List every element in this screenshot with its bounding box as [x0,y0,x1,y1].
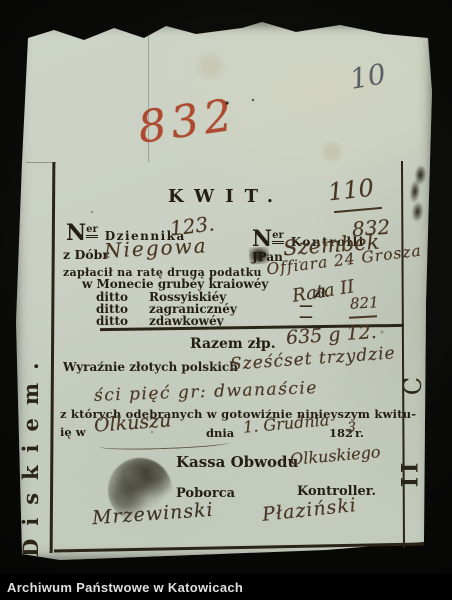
receipt-number-handwritten: 110 [327,174,375,207]
amount-note-handwritten: 821 [350,293,380,312]
place-prefix: ię w [60,425,86,439]
journal-n: N [66,220,86,246]
currency-row-label: w Monecie grubéy kraiowéy [82,277,268,291]
receipt-title: KWIT. [168,186,284,207]
amount-dash: — [299,309,313,325]
currency-row-label: ditto [96,314,128,328]
year-suffix: r. [355,426,364,440]
estate-label: z Dóbr [63,247,109,262]
journal-sup: er [86,225,98,238]
date-word: dnia [206,426,234,440]
office-label: Kassa Obwodu [176,453,298,471]
right-margin-mark: II [397,459,423,488]
left-margin-vertical-text: Diskiem. [18,350,43,557]
archival-photo: 832 10 Diskiem. C II KWIT. 110 NerDzienn… [0,0,452,600]
pencil-number: 10 [347,57,388,96]
archive-watermark: Archiwum Państwowe w Katowicach [7,580,243,595]
total-label: Razem złp. [190,336,276,352]
amount-words-label: Wyraźnie złotych polskich [63,360,238,374]
